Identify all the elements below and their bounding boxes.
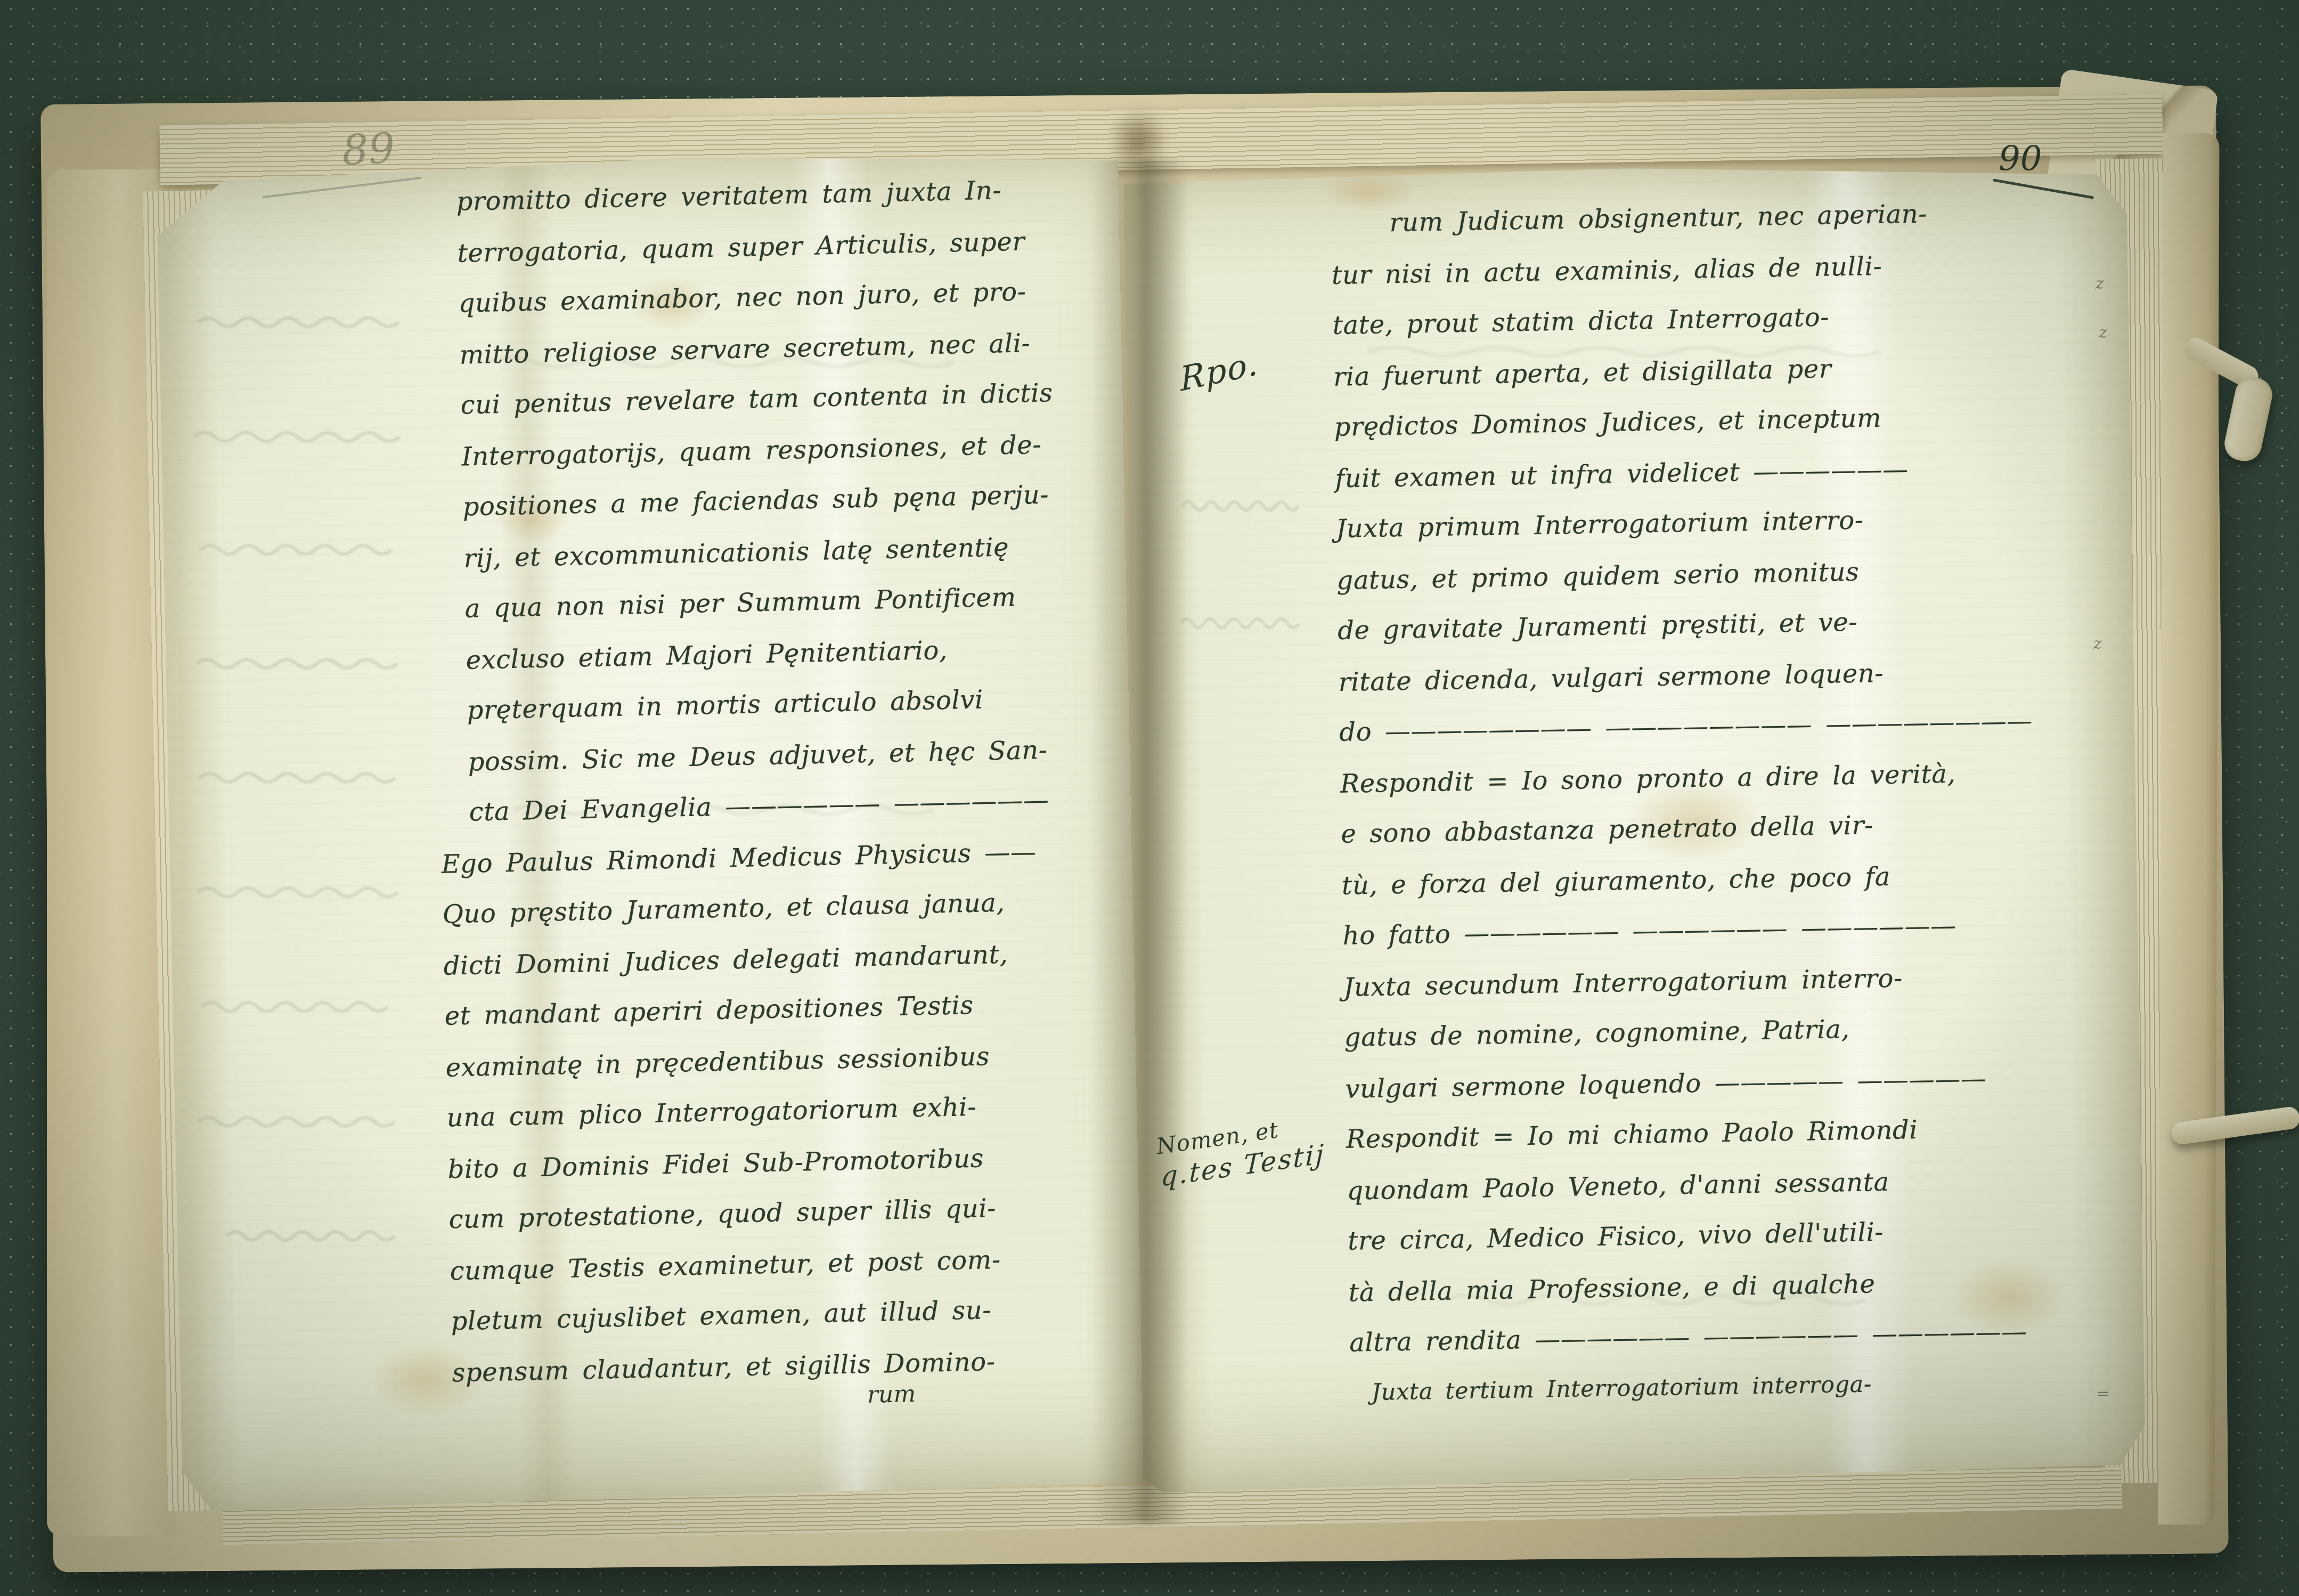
show-through-writing: [194, 882, 423, 901]
show-through-writing: [194, 312, 423, 331]
show-through-writing: [224, 1225, 415, 1244]
previous-folio-mark: 89: [341, 124, 396, 175]
show-through-writing: [195, 1111, 419, 1130]
edge-mark: =: [2097, 1385, 2110, 1403]
show-through-writing: [197, 539, 415, 558]
gutter-top-shadow: [1108, 107, 1170, 176]
edge-mark: z: [2093, 634, 2102, 653]
show-through-writing: [193, 653, 422, 672]
show-through-writing: [191, 426, 425, 445]
show-through-writing: [1178, 613, 1314, 632]
show-through-writing: [196, 767, 420, 786]
manuscript-photo: promitto dicere veritatem tam juxta In-t…: [0, 0, 2299, 1596]
edge-mark: z: [2099, 323, 2107, 342]
left-page-text: promitto dicere veritatem tam juxta In-t…: [427, 173, 1161, 1408]
binding-tie-upper: [2181, 346, 2299, 474]
margin-edge-marks: zzz=: [2092, 274, 2124, 1446]
edge-mark: z: [2096, 274, 2104, 293]
show-through-writing: [1180, 495, 1313, 515]
binding-tie-frayed-end: [2221, 374, 2275, 464]
right-page-text: rum Judicum obsignentur, nec aperian-tur…: [1331, 196, 2145, 1429]
show-through-writing: [198, 996, 411, 1015]
foxing-stain: [1321, 170, 1417, 213]
folio-number: 90: [1999, 140, 2042, 179]
catchword: rum: [867, 1380, 916, 1408]
